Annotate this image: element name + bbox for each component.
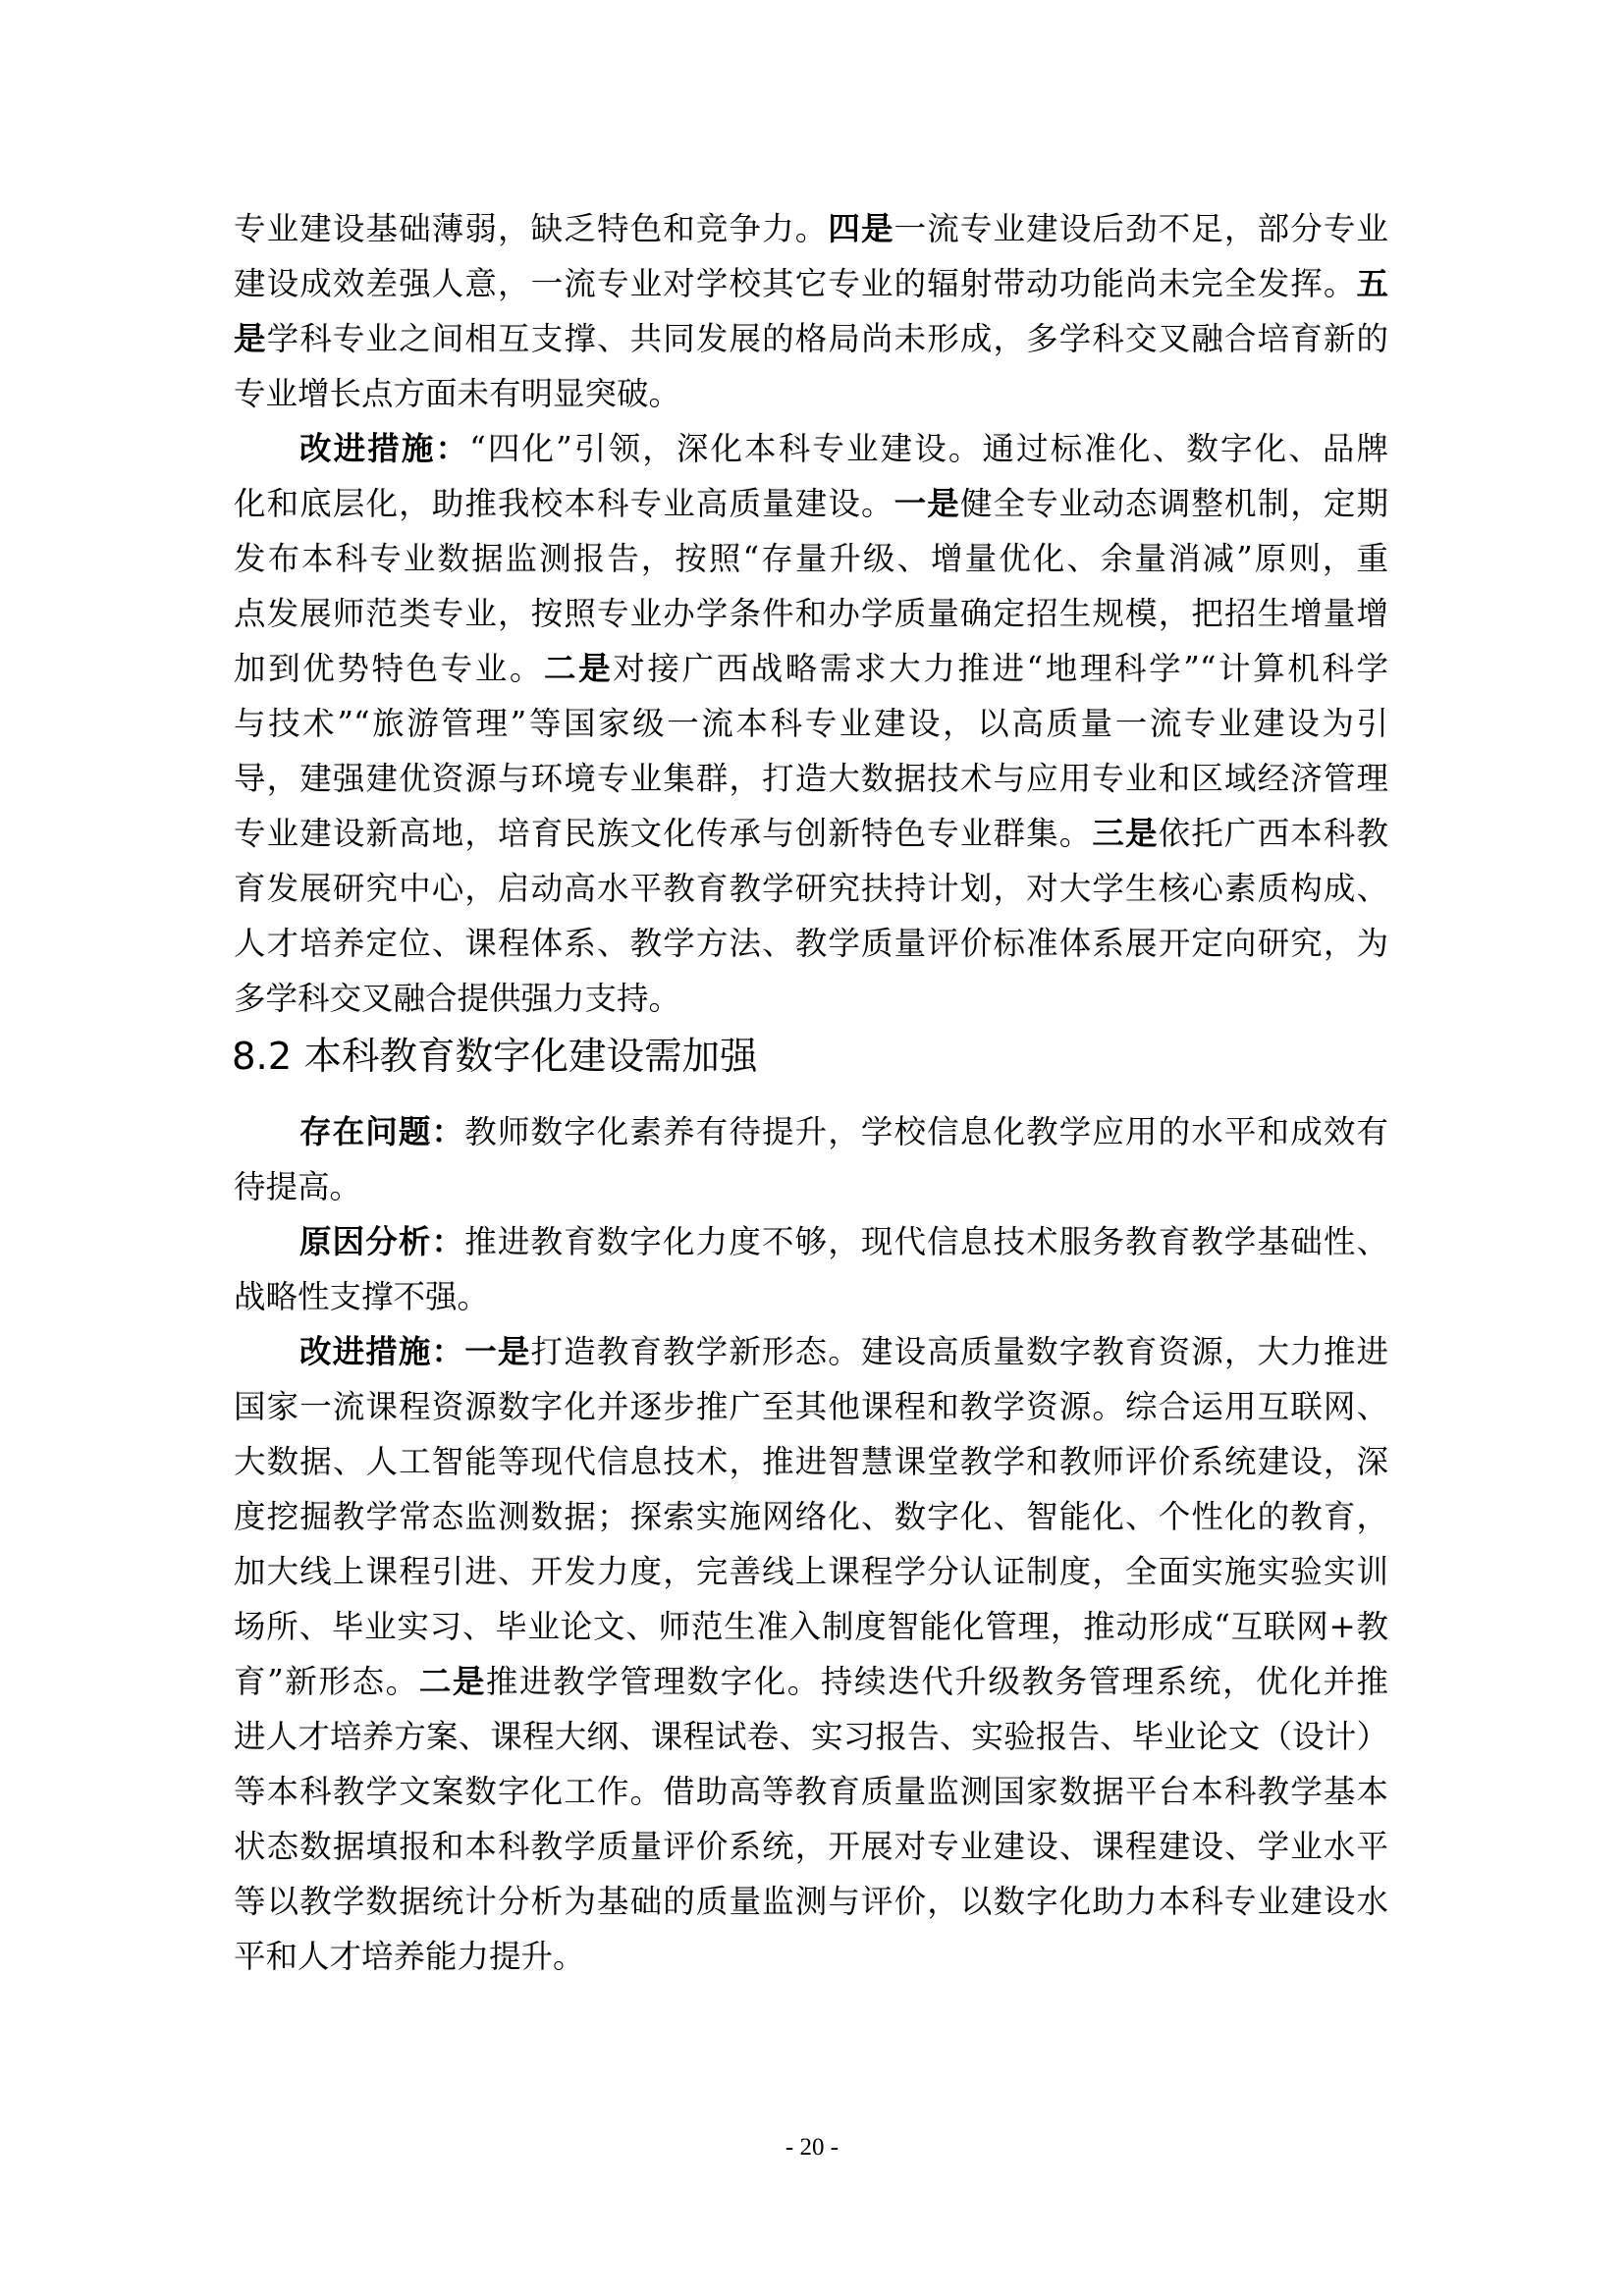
- text-line: 状态数据填报和本科教学质量评价系统，开展对专业建设、课程建设、学业水平: [234, 1819, 1388, 1874]
- text-run: 推进教学管理数字化。持续迭代升级教务管理系统，优化并推: [486, 1663, 1388, 1700]
- text-run: 加到优势特色专业。: [234, 650, 544, 687]
- text-run: 学科专业之间相互支撑、共同发展的格局尚未形成，多学科交叉融合培育新的: [267, 320, 1388, 357]
- text-line: 度挖掘教学常态监测数据；探索实施网络化、数字化、智能化、个性化的教育，: [234, 1489, 1388, 1544]
- text-line: 待提高。: [234, 1159, 1388, 1214]
- emphasis-label: 一是: [894, 484, 960, 522]
- text-line: 导，建强建优资源与环境专业集群，打造大数据技术与应用专业和区域经济管理: [234, 751, 1388, 806]
- text-run: “四化”引领，深化本科专业建设。通过标准化、数字化、品牌: [469, 430, 1388, 467]
- text-run: 导，建强建优资源与环境专业集群，打造大数据技术与应用专业和区域经济管理: [234, 760, 1388, 797]
- text-line: 加大线上课程引进、开发力度，完善线上课程学分认证制度，全面实施实验实训: [234, 1544, 1388, 1599]
- text-line: 平和人才培养能力提升。: [234, 1929, 1388, 1984]
- text-line: 国家一流课程资源数字化并逐步推广至其他课程和教学资源。综合运用互联网、: [234, 1379, 1388, 1434]
- paragraph-label: 改进措施：一是: [299, 1332, 530, 1370]
- paragraph-problems-continued: 专业建设基础薄弱，缺乏特色和竞争力。四是一流专业建设后劲不足，部分专业 建设成效…: [234, 201, 1388, 421]
- paragraph-existing-problems: 存在问题：教师数字化素养有待提升，学校信息化教学应用的水平和成效有 待提高。: [234, 1104, 1388, 1214]
- text-run: 大数据、人工智能等现代信息技术，推进智慧课堂教学和教师评价系统建设，深: [234, 1443, 1388, 1480]
- paragraph-improvement-measures-1: 改进措施：“四化”引领，深化本科专业建设。通过标准化、数字化、品牌 化和底层化，…: [234, 421, 1388, 1026]
- text-line: 专业增长点方面未有明显突破。: [234, 366, 1388, 421]
- text-line: 专业建设新高地，培育民族文化传承与创新特色专业群集。三是依托广西本科教: [234, 806, 1388, 861]
- text-run: 平和人才培养能力提升。: [234, 1938, 585, 1975]
- text-run: 教师数字化素养有待提升，学校信息化教学应用的水平和成效有: [464, 1113, 1388, 1150]
- text-run: 与技术”“旅游管理”等国家级一流本科专业建设，以高质量一流专业建设为引: [234, 705, 1388, 742]
- emphasis-label: 四是: [828, 209, 893, 247]
- text-run: 健全专业动态调整机制，定期: [960, 485, 1388, 522]
- text-line: 发布本科专业数据监测报告，按照“存量升级、增量优化、余量消减”原则，重: [234, 531, 1388, 586]
- text-line: 建设成效差强人意，一流专业对学校其它专业的辐射带动功能尚未完全发挥。五: [234, 256, 1388, 311]
- text-run: 发布本科专业数据监测报告，按照“存量升级、增量优化、余量消减”原则，重: [234, 540, 1388, 577]
- text-run: 对接广西战略需求大力推进“地理科学”“计算机科学: [613, 650, 1388, 687]
- text-line: 大数据、人工智能等现代信息技术，推进智慧课堂教学和教师评价系统建设，深: [234, 1434, 1388, 1489]
- text-line: 多学科交叉融合提供强力支持。: [234, 971, 1388, 1026]
- text-line: 育”新形态。二是推进教学管理数字化。持续迭代升级教务管理系统，优化并推: [234, 1654, 1388, 1709]
- text-line: 存在问题：教师数字化素养有待提升，学校信息化教学应用的水平和成效有: [234, 1104, 1388, 1159]
- text-line: 点发展师范类专业，按照专业办学条件和办学质量确定招生规模，把招生增量增: [234, 586, 1388, 641]
- text-line: 加到优势特色专业。二是对接广西战略需求大力推进“地理科学”“计算机科学: [234, 641, 1388, 696]
- text-run: 等以教学数据统计分析为基础的质量监测与评价，以数字化助力本科专业建设水: [234, 1883, 1388, 1920]
- emphasis-label: 二是: [419, 1662, 486, 1700]
- text-line: 与技术”“旅游管理”等国家级一流本科专业建设，以高质量一流专业建设为引: [234, 696, 1388, 751]
- text-line: 专业建设基础薄弱，缺乏特色和竞争力。四是一流专业建设后劲不足，部分专业: [234, 201, 1388, 256]
- text-line: 化和底层化，助推我校本科专业高质量建设。一是健全专业动态调整机制，定期: [234, 476, 1388, 531]
- text-run: 专业建设基础薄弱，缺乏特色和竞争力。: [234, 210, 828, 247]
- text-line: 场所、毕业实习、毕业论文、师范生准入制度智能化管理，推动形成“互联网+教: [234, 1599, 1388, 1654]
- text-run: 度挖掘教学常态监测数据；探索实施网络化、数字化、智能化、个性化的教育，: [234, 1498, 1388, 1535]
- text-line: 等本科教学文案数字化工作。借助高等教育质量监测国家数据平台本科教学基本: [234, 1764, 1388, 1819]
- text-run: 进人才培养方案、课程大纲、课程试卷、实习报告、实验报告、毕业论文（设计）: [234, 1718, 1388, 1755]
- text-run: 专业建设新高地，培育民族文化传承与创新特色专业群集。: [234, 815, 1092, 852]
- paragraph-label: 改进措施：: [299, 429, 469, 467]
- page-number: - 20 -: [0, 2132, 1624, 2163]
- emphasis-label: 是: [234, 319, 267, 357]
- text-run: 育”新形态。: [234, 1663, 419, 1700]
- text-line: 是学科专业之间相互支撑、共同发展的格局尚未形成，多学科交叉融合培育新的: [234, 311, 1388, 366]
- emphasis-label: 三是: [1092, 814, 1158, 852]
- paragraph-cause-analysis: 原因分析：推进教育数字化力度不够，现代信息技术服务教育教学基础性、 战略性支撑不…: [234, 1214, 1388, 1324]
- text-line: 原因分析：推进教育数字化力度不够，现代信息技术服务教育教学基础性、: [234, 1214, 1388, 1269]
- text-line: 进人才培养方案、课程大纲、课程试卷、实习报告、实验报告、毕业论文（设计）: [234, 1709, 1388, 1764]
- text-run: 专业增长点方面未有明显突破。: [234, 375, 680, 412]
- text-run: 等本科教学文案数字化工作。借助高等教育质量监测国家数据平台本科教学基本: [234, 1773, 1388, 1810]
- text-line: 育发展研究中心，启动高水平教育教学研究扶持计划，对大学生核心素质构成、: [234, 861, 1388, 916]
- text-run: 点发展师范类专业，按照专业办学条件和办学质量确定招生规模，把招生增量增: [234, 595, 1388, 632]
- text-run: 待提高。: [234, 1168, 361, 1205]
- text-line: 人才培养定位、课程体系、教学方法、教学质量评价标准体系展开定向研究，为: [234, 916, 1388, 971]
- text-run: 人才培养定位、课程体系、教学方法、教学质量评价标准体系展开定向研究，为: [234, 925, 1388, 962]
- paragraph-label: 存在问题：: [299, 1112, 464, 1150]
- emphasis-label: 五: [1356, 264, 1388, 302]
- text-run: 战略性支撑不强。: [234, 1278, 489, 1315]
- text-run: 加大线上课程引进、开发力度，完善线上课程学分认证制度，全面实施实验实训: [234, 1553, 1388, 1590]
- text-run: 一流专业建设后劲不足，部分专业: [894, 210, 1388, 247]
- emphasis-label: 二是: [544, 649, 613, 687]
- text-run: 国家一流课程资源数字化并逐步推广至其他课程和教学资源。综合运用互联网、: [234, 1388, 1388, 1425]
- text-line: 等以教学数据统计分析为基础的质量监测与评价，以数字化助力本科专业建设水: [234, 1874, 1388, 1929]
- text-run: 打造教育教学新形态。建设高质量数字教育资源，大力推进: [530, 1333, 1388, 1370]
- text-run: 建设成效差强人意，一流专业对学校其它专业的辐射带动功能尚未完全发挥。: [234, 265, 1356, 302]
- text-run: 化和底层化，助推我校本科专业高质量建设。: [234, 485, 894, 522]
- text-line: 战略性支撑不强。: [234, 1269, 1388, 1324]
- document-page: 专业建设基础薄弱，缺乏特色和竞争力。四是一流专业建设后劲不足，部分专业 建设成效…: [0, 0, 1624, 2296]
- text-line: 改进措施：“四化”引领，深化本科专业建设。通过标准化、数字化、品牌: [234, 421, 1388, 476]
- section-heading: 8.2 本科教育数字化建设需加强: [232, 1030, 757, 1085]
- paragraph-improvement-measures-2: 改进措施：一是打造教育教学新形态。建设高质量数字教育资源，大力推进 国家一流课程…: [234, 1324, 1388, 1984]
- text-run: 育发展研究中心，启动高水平教育教学研究扶持计划，对大学生核心素质构成、: [234, 870, 1388, 907]
- text-run: 状态数据填报和本科教学质量评价系统，开展对专业建设、课程建设、学业水平: [234, 1828, 1388, 1865]
- text-run: 多学科交叉融合提供强力支持。: [234, 980, 680, 1017]
- text-run: 依托广西本科教: [1159, 815, 1388, 852]
- paragraph-label: 原因分析：: [299, 1222, 464, 1260]
- text-line: 改进措施：一是打造教育教学新形态。建设高质量数字教育资源，大力推进: [234, 1324, 1388, 1379]
- text-run: 推进教育数字化力度不够，现代信息技术服务教育教学基础性、: [464, 1223, 1388, 1260]
- text-run: 场所、毕业实习、毕业论文、师范生准入制度智能化管理，推动形成“互联网+教: [234, 1608, 1388, 1645]
